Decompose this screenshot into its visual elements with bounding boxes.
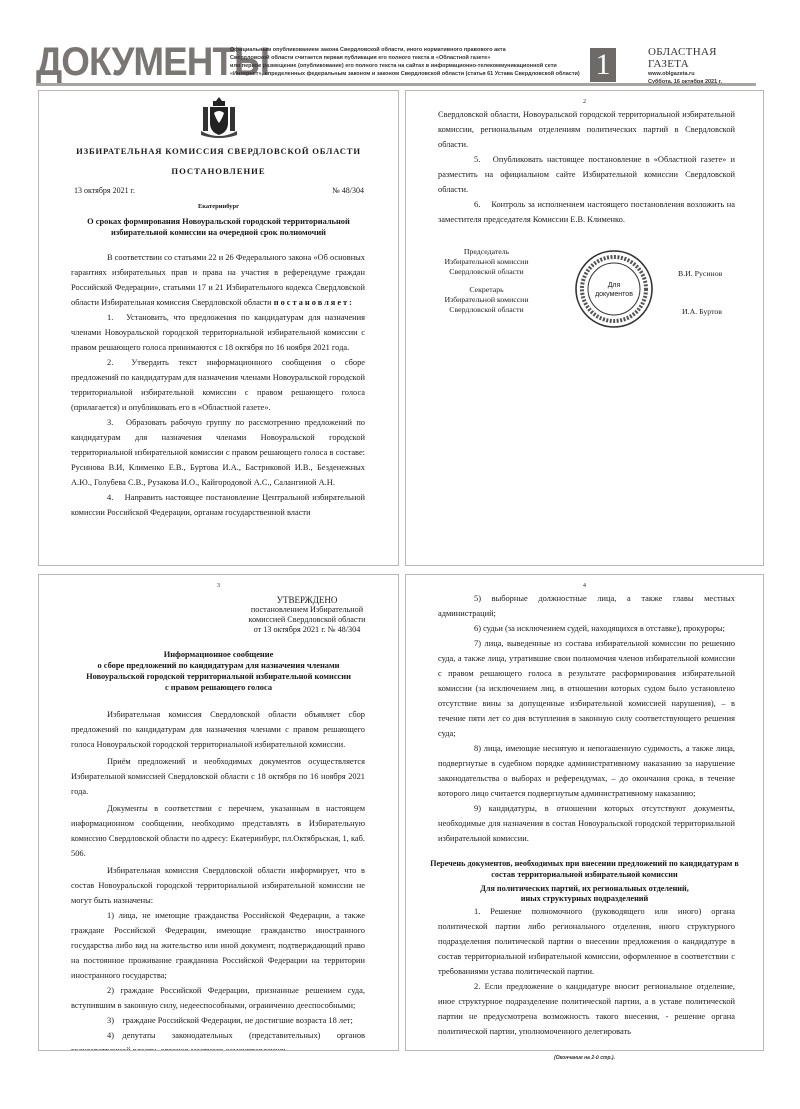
signature-block: Председатель Избирательной комиссии Свер… <box>406 245 763 335</box>
resolution-item: 2. Утвердить текст информационного сообщ… <box>71 355 365 415</box>
ineligibility-list: 5) выборные должностные лица, а также гл… <box>406 591 763 846</box>
page-number: 4 <box>406 583 763 589</box>
list-item: 2) граждане Российской Федерации, призна… <box>71 983 365 1013</box>
city: Екатеринбург <box>39 203 398 210</box>
coat-of-arms-icon <box>199 95 239 139</box>
list-item: 1) лица, не имеющие гражданства Российск… <box>71 908 365 983</box>
resolves-word: постановляет: <box>274 298 354 307</box>
continued-note: (Окончание на 2-й стр.). <box>0 1055 800 1061</box>
note-line: Свердловской области считается первая пу… <box>230 54 590 62</box>
list-item: 4) депутаты законодательных (представите… <box>71 1028 365 1051</box>
publication-note: Официальным опубликованием закона Свердл… <box>230 46 590 78</box>
preamble: В соответствии со статьями 22 и 26 Федер… <box>71 250 365 310</box>
resolution-item: 5. Опубликовать настоящее постановление … <box>438 152 735 197</box>
list-item: 8) лица, имеющие неснятую и непогашенную… <box>438 741 735 801</box>
resolution-item: 6. Контроль за исполнением настоящего по… <box>438 197 735 227</box>
page-number: 2 <box>406 99 763 105</box>
list-item: 7) лица, выведенные из состава избирател… <box>438 636 735 741</box>
list-item: 2. Если предложение о кандидатуре вносит… <box>438 979 735 1039</box>
paragraph: Избирательная комиссия Свердловской обла… <box>71 863 365 908</box>
list-item: 1. Решение полномочного (руководящего ил… <box>438 904 735 979</box>
resolution-body: В соответствии со статьями 22 и 26 Федер… <box>39 250 398 520</box>
document-date: 13 октября 2021 г. <box>74 186 135 195</box>
list-item: 6) судьи (за исключением судей, находящи… <box>438 621 735 636</box>
page-number-badge: 1 <box>590 48 616 82</box>
paragraph: Документы в соответствии с перечнем, ука… <box>71 801 365 861</box>
approval-stamp: УТВЕРЖДЕНО постановлением Избирательной … <box>227 595 387 635</box>
document-number: № 48/304 <box>332 186 364 195</box>
paragraph: Избирательная комиссия Свердловской обла… <box>71 707 365 752</box>
resolution-item: 3. Образовать рабочую группу по рассмотр… <box>71 415 365 490</box>
document-page-1: ИЗБИРАТЕЛЬНАЯ КОМИССИЯ СВЕРДЛОВСКОЙ ОБЛА… <box>38 90 399 566</box>
official-stamp-icon: Для документов <box>574 249 654 329</box>
note-line: «Интернет», определенных федеральным зак… <box>230 70 590 78</box>
note-line: или первое размещение (опубликование) ег… <box>230 62 590 70</box>
document-type: ПОСТАНОВЛЕНИЕ <box>39 166 398 176</box>
newspaper-info: ОБЛАСТНАЯ ГАЗЕТА www.oblgazeta.ru Суббот… <box>648 46 756 86</box>
document-page-4: 4 5) выборные должностные лица, а также … <box>405 574 764 1051</box>
resolution-continuation: Свердловской области, Новоуральской горо… <box>406 107 763 227</box>
documents-list: 1. Решение полномочного (руководящего ил… <box>406 904 763 1039</box>
document-page-2: 2 Свердловской области, Новоуральской го… <box>405 90 764 566</box>
documents-list-title: Перечень документов, необходимых при вне… <box>406 858 763 880</box>
resolution-item: 1. Установить, что предложения по кандид… <box>71 310 365 355</box>
document-page-3: 3 УТВЕРЖДЕНО постановлением Избирательно… <box>38 574 399 1051</box>
page-number: 3 <box>39 583 398 589</box>
date-line: 13 октября 2021 г. № 48/304 <box>71 186 366 198</box>
secretary-name: И.А. Буртов <box>682 307 722 316</box>
chairman-name: В.И. Русинов <box>678 269 722 278</box>
newspaper-name: ОБЛАСТНАЯ ГАЗЕТА <box>648 46 756 70</box>
chairman-role: Председатель Избирательной комиссии Свер… <box>434 247 539 277</box>
svg-text:Для: Для <box>608 282 621 289</box>
paragraph: Приём предложений и необходимых документ… <box>71 754 365 799</box>
list-item: 3) граждане Российской Федерации, не дос… <box>71 1013 365 1028</box>
info-message-body: Избирательная комиссия Свердловской обла… <box>39 707 398 1051</box>
list-item: 9) кандидатуры, в отношении которых отсу… <box>438 801 735 846</box>
newspaper-url[interactable]: www.oblgazeta.ru <box>648 70 756 78</box>
svg-text:документов: документов <box>595 291 633 298</box>
info-message-title: Информационное сообщение о сборе предлож… <box>39 649 398 693</box>
documents-list-subtitle: Для политических партий, их региональных… <box>406 884 763 904</box>
document-subject: О сроках формирования Новоуральской горо… <box>39 216 398 238</box>
masthead-rule <box>36 83 756 86</box>
organization-name: ИЗБИРАТЕЛЬНАЯ КОМИССИЯ СВЕРДЛОВСКОЙ ОБЛА… <box>39 146 398 156</box>
secretary-role: Секретарь Избирательной комиссии Свердло… <box>434 285 539 315</box>
continuation-text: Свердловской области, Новоуральской горо… <box>438 107 735 152</box>
resolution-item: 4. Направить настоящее постановление Цен… <box>71 490 365 520</box>
list-item: 5) выборные должностные лица, а также гл… <box>438 591 735 621</box>
note-line: Официальным опубликованием закона Свердл… <box>230 46 590 54</box>
masthead: ДОКУМЕНТЫ Официальным опубликованием зак… <box>36 40 756 84</box>
